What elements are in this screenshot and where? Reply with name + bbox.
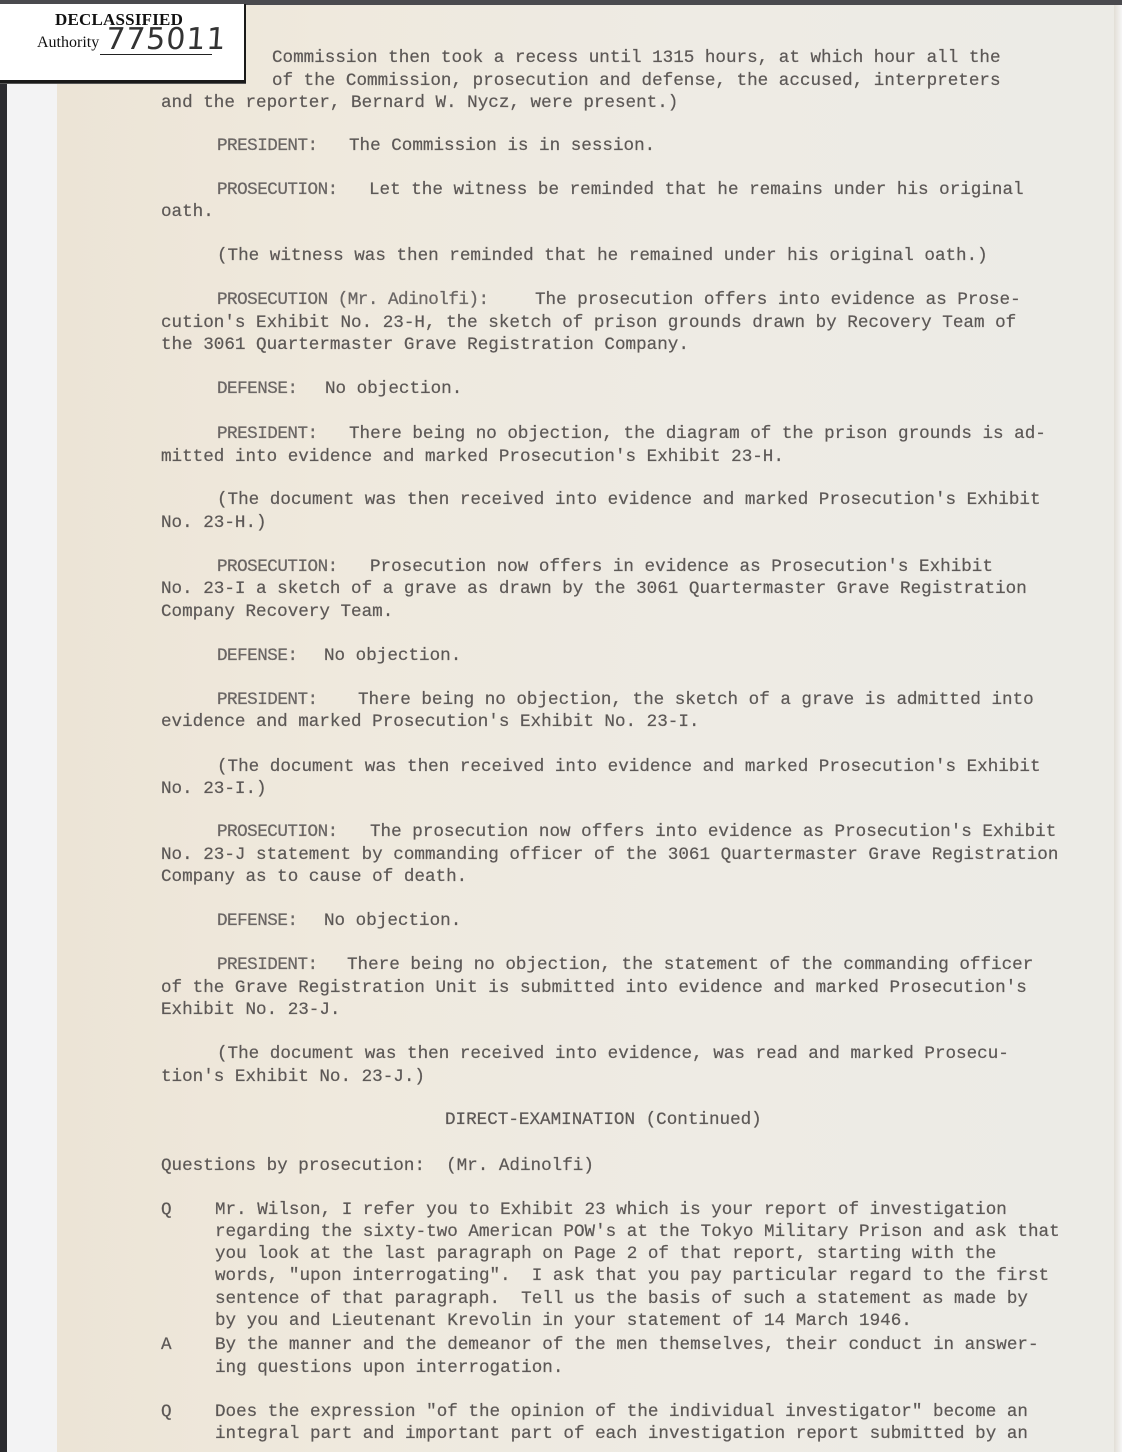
text-line: of the Commission, prosecution and defen…: [272, 70, 1001, 92]
questions-by-line: Questions by prosecution: (Mr. Adinolfi): [161, 1155, 594, 1177]
text-line: Commission then took a recess until 1315…: [272, 47, 1001, 69]
text-line: of the Grave Registration Unit is submit…: [161, 977, 1027, 999]
text-line: by you and Lieutenant Krevolin in your s…: [215, 1310, 912, 1332]
text-line: oath.: [161, 201, 214, 223]
text-line: you look at the last paragraph on Page 2…: [215, 1243, 996, 1265]
text-line: (The witness was then reminded that he r…: [217, 245, 988, 267]
speaker-label: PRESIDENT:: [217, 954, 318, 976]
speaker-label: DEFENSE:: [217, 645, 297, 667]
text-line: The prosecution offers into evidence as …: [535, 289, 1021, 311]
speaker-label: DEFENSE:: [217, 910, 297, 932]
text-line: mitted into evidence and marked Prosecut…: [161, 446, 784, 468]
qa-marker: Q: [161, 1199, 172, 1221]
text-line: (The document was then received into evi…: [217, 1043, 1009, 1065]
text-line: Does the expression "of the opinion of t…: [215, 1401, 1028, 1423]
text-line: Company as to cause of death.: [161, 866, 467, 888]
speaker-label: PRESIDENT:: [217, 135, 318, 157]
stamp-signature-line: [100, 54, 212, 55]
text-line: integral part and important part of each…: [215, 1423, 1028, 1445]
text-line: There being no objection, the diagram of…: [349, 423, 1046, 445]
stamp-authority-label: Authority: [37, 34, 99, 52]
qa-marker: A: [161, 1334, 172, 1356]
text-line: No. 23-I a sketch of a grave as drawn by…: [161, 578, 1027, 600]
speaker-label: PROSECUTION:: [217, 179, 338, 201]
text-line: No. 23-J statement by commanding officer…: [161, 844, 1058, 866]
text-line: the 3061 Quartermaster Grave Registratio…: [161, 334, 689, 356]
scanner-edge: [0, 0, 7, 1452]
text-line: No. 23-I.): [161, 778, 267, 800]
text-line: and the reporter, Bernard W. Nycz, were …: [161, 92, 678, 114]
text-line: tion's Exhibit No. 23-J.): [161, 1066, 425, 1088]
text-line: The Commission is in session.: [349, 135, 655, 157]
speaker-label: PRESIDENT:: [217, 423, 318, 445]
speaker-label: PRESIDENT:: [217, 689, 318, 711]
scanner-margin: [7, 0, 57, 1452]
text-line: (The document was then received into evi…: [217, 489, 1041, 511]
stamp-authority-number: 775011: [105, 22, 228, 57]
text-line: There being no objection, the statement …: [347, 954, 1033, 976]
text-line: No objection.: [324, 910, 461, 932]
section-heading: DIRECT-EXAMINATION (Continued): [445, 1109, 762, 1131]
scanned-page: DECLASSIFIED Authority 775011 Commission…: [0, 0, 1122, 1452]
speaker-label: PROSECUTION:: [217, 556, 338, 578]
declassified-stamp: DECLASSIFIED Authority 775011: [0, 4, 246, 83]
text-line: No objection.: [325, 378, 462, 400]
text-line: The prosecution now offers into evidence…: [370, 821, 1056, 843]
paper-right-edge: [1114, 0, 1122, 1452]
text-line: Mr. Wilson, I refer you to Exhibit 23 wh…: [215, 1199, 1007, 1221]
text-line: No objection.: [324, 645, 461, 667]
text-line: Let the witness be reminded that he rema…: [369, 179, 1024, 201]
text-line: No. 23-H.): [161, 512, 267, 534]
text-line: sentence of that paragraph. Tell us the …: [215, 1288, 1028, 1310]
text-line: (The document was then received into evi…: [217, 756, 1041, 778]
text-line: Company Recovery Team.: [161, 601, 393, 623]
text-line: By the manner and the demeanor of the me…: [215, 1334, 1039, 1356]
qa-marker: Q: [161, 1401, 172, 1423]
text-line: There being no objection, the sketch of …: [358, 689, 1034, 711]
text-line: cution's Exhibit No. 23-H, the sketch of…: [161, 312, 1016, 334]
text-line: regarding the sixty-two American POW's a…: [215, 1221, 1060, 1243]
text-line: evidence and marked Prosecution's Exhibi…: [161, 711, 699, 733]
text-line: Exhibit No. 23-J.: [161, 999, 341, 1021]
speaker-label: PROSECUTION (Mr. Adinolfi):: [217, 289, 489, 311]
speaker-label: PROSECUTION:: [217, 821, 338, 843]
speaker-label: DEFENSE:: [217, 378, 297, 400]
text-line: Prosecution now offers in evidence as Pr…: [370, 556, 993, 578]
text-line: ing questions upon interrogation.: [215, 1357, 563, 1379]
text-line: words, "upon interrogating". I ask that …: [215, 1265, 1049, 1287]
